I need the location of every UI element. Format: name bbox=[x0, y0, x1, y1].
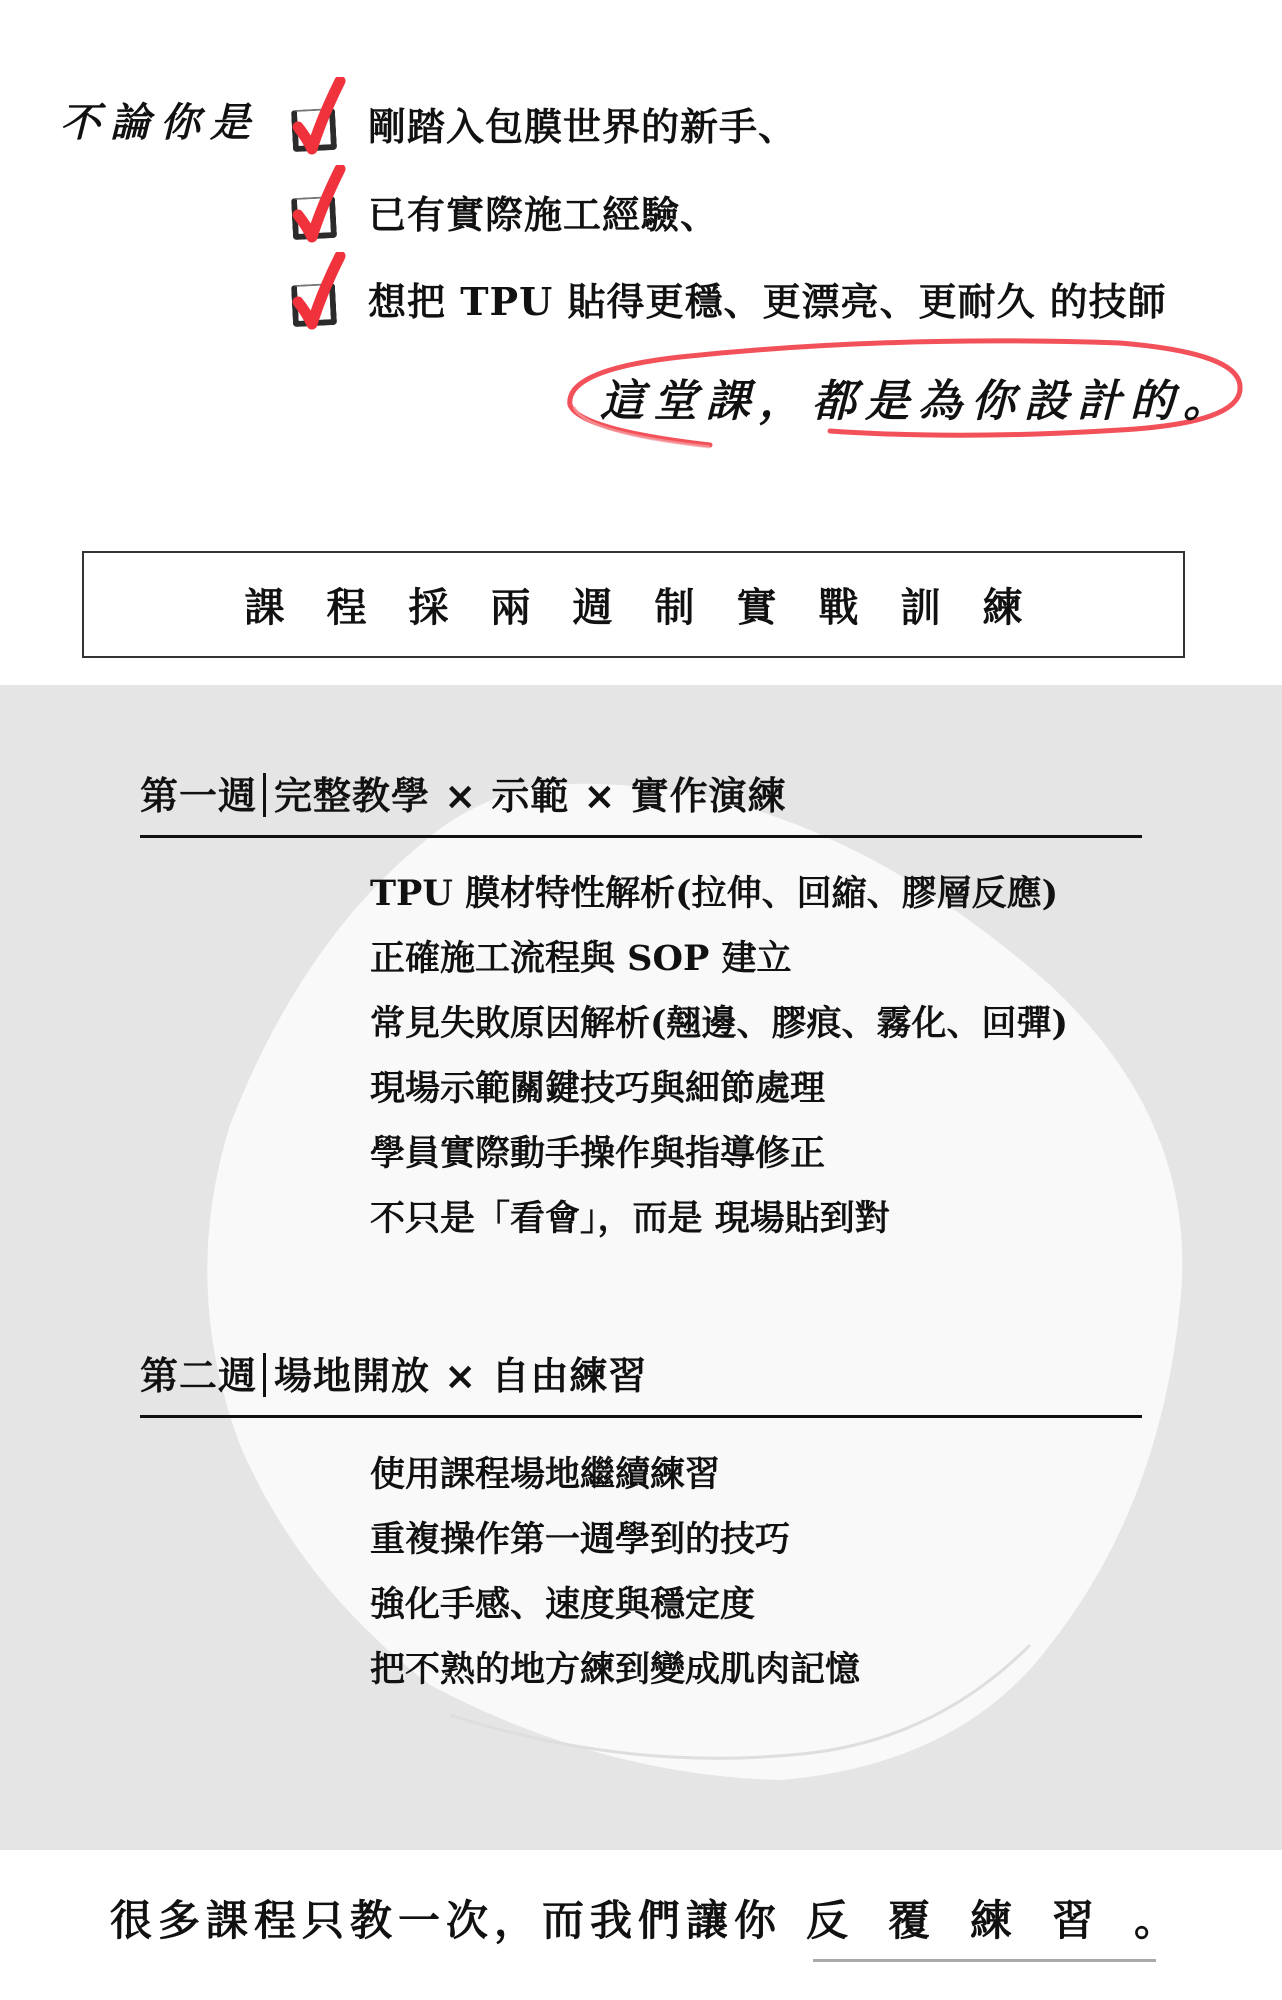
intro-lead: 不論你是 bbox=[60, 98, 260, 148]
highlight-text: 這堂課，都是為你設計的。 bbox=[600, 365, 1236, 429]
checklist-item: 想把 TPU 貼得更穩、更漂亮、更耐久 的技師 bbox=[288, 263, 1167, 333]
closing-text: 很多課程只教一次，而我們讓你 bbox=[110, 1896, 782, 1945]
closing-statement: 很多課程只教一次，而我們讓你反覆練習。 bbox=[110, 1888, 1182, 1948]
list-item: 常見失敗原因解析(翹邊、膠痕、霧化、回彈) bbox=[370, 991, 1068, 1056]
checkbox-checked-icon bbox=[288, 179, 344, 243]
list-item: 現場示範關鍵技巧與細節處理 bbox=[370, 1056, 1068, 1121]
checklist-text: 剛踏入包膜世界的新手、 bbox=[368, 96, 797, 151]
week1-underline bbox=[140, 835, 1142, 838]
list-item: TPU 膜材特性解析(拉伸、回縮、膠層反應) bbox=[370, 861, 1068, 926]
week2-items: 使用課程場地繼續練習 重複操作第一週學到的技巧 強化手感、速度與穩定度 把不熟的… bbox=[370, 1442, 860, 1702]
week1-items: TPU 膜材特性解析(拉伸、回縮、膠層反應) 正確施工流程與 SOP 建立 常見… bbox=[370, 861, 1068, 1251]
list-item: 不只是「看會」，而是 現場貼到對 bbox=[370, 1186, 1068, 1251]
week2-heading: 第二週場地開放 × 自由練習 bbox=[140, 1345, 647, 1400]
closing-emphasis: 反覆練習 bbox=[806, 1896, 1134, 1945]
list-item: 強化手感、速度與穩定度 bbox=[370, 1572, 860, 1637]
week1-title: 完整教學 × 示範 × 實作演練 bbox=[274, 774, 787, 818]
week1-heading: 第一週完整教學 × 示範 × 實作演練 bbox=[140, 765, 787, 820]
checkbox-checked-icon bbox=[288, 266, 344, 330]
highlight-callout: 這堂課，都是為你設計的。 bbox=[560, 335, 1250, 455]
list-item: 正確施工流程與 SOP 建立 bbox=[370, 926, 1068, 991]
list-item: 把不熟的地方練到變成肌肉記憶 bbox=[370, 1637, 860, 1702]
week2-title: 場地開放 × 自由練習 bbox=[274, 1354, 647, 1398]
week1-label: 第一週 bbox=[140, 774, 257, 818]
list-item: 使用課程場地繼續練習 bbox=[370, 1442, 860, 1507]
week2-label: 第二週 bbox=[140, 1354, 257, 1398]
curriculum-section: 第一週完整教學 × 示範 × 實作演練 TPU 膜材特性解析(拉伸、回縮、膠層反… bbox=[0, 685, 1282, 1850]
list-item: 重複操作第一週學到的技巧 bbox=[370, 1507, 860, 1572]
checklist-text: 已有實際施工經驗、 bbox=[368, 184, 719, 239]
week2-underline bbox=[140, 1415, 1142, 1418]
divider bbox=[263, 1353, 266, 1397]
course-format-title: 課程採兩週制實戰訓練 bbox=[203, 576, 1065, 633]
closing-end: 。 bbox=[1134, 1896, 1182, 1945]
divider bbox=[263, 773, 266, 817]
checklist-item: 已有實際施工經驗、 bbox=[288, 176, 719, 246]
course-format-banner: 課程採兩週制實戰訓練 bbox=[82, 551, 1185, 658]
checklist-item: 剛踏入包膜世界的新手、 bbox=[288, 88, 797, 158]
checklist-text: 想把 TPU 貼得更穩、更漂亮、更耐久 的技師 bbox=[368, 271, 1167, 326]
list-item: 學員實際動手操作與指導修正 bbox=[370, 1121, 1068, 1186]
emphasis-underline bbox=[813, 1959, 1156, 1962]
checkbox-checked-icon bbox=[288, 91, 344, 155]
